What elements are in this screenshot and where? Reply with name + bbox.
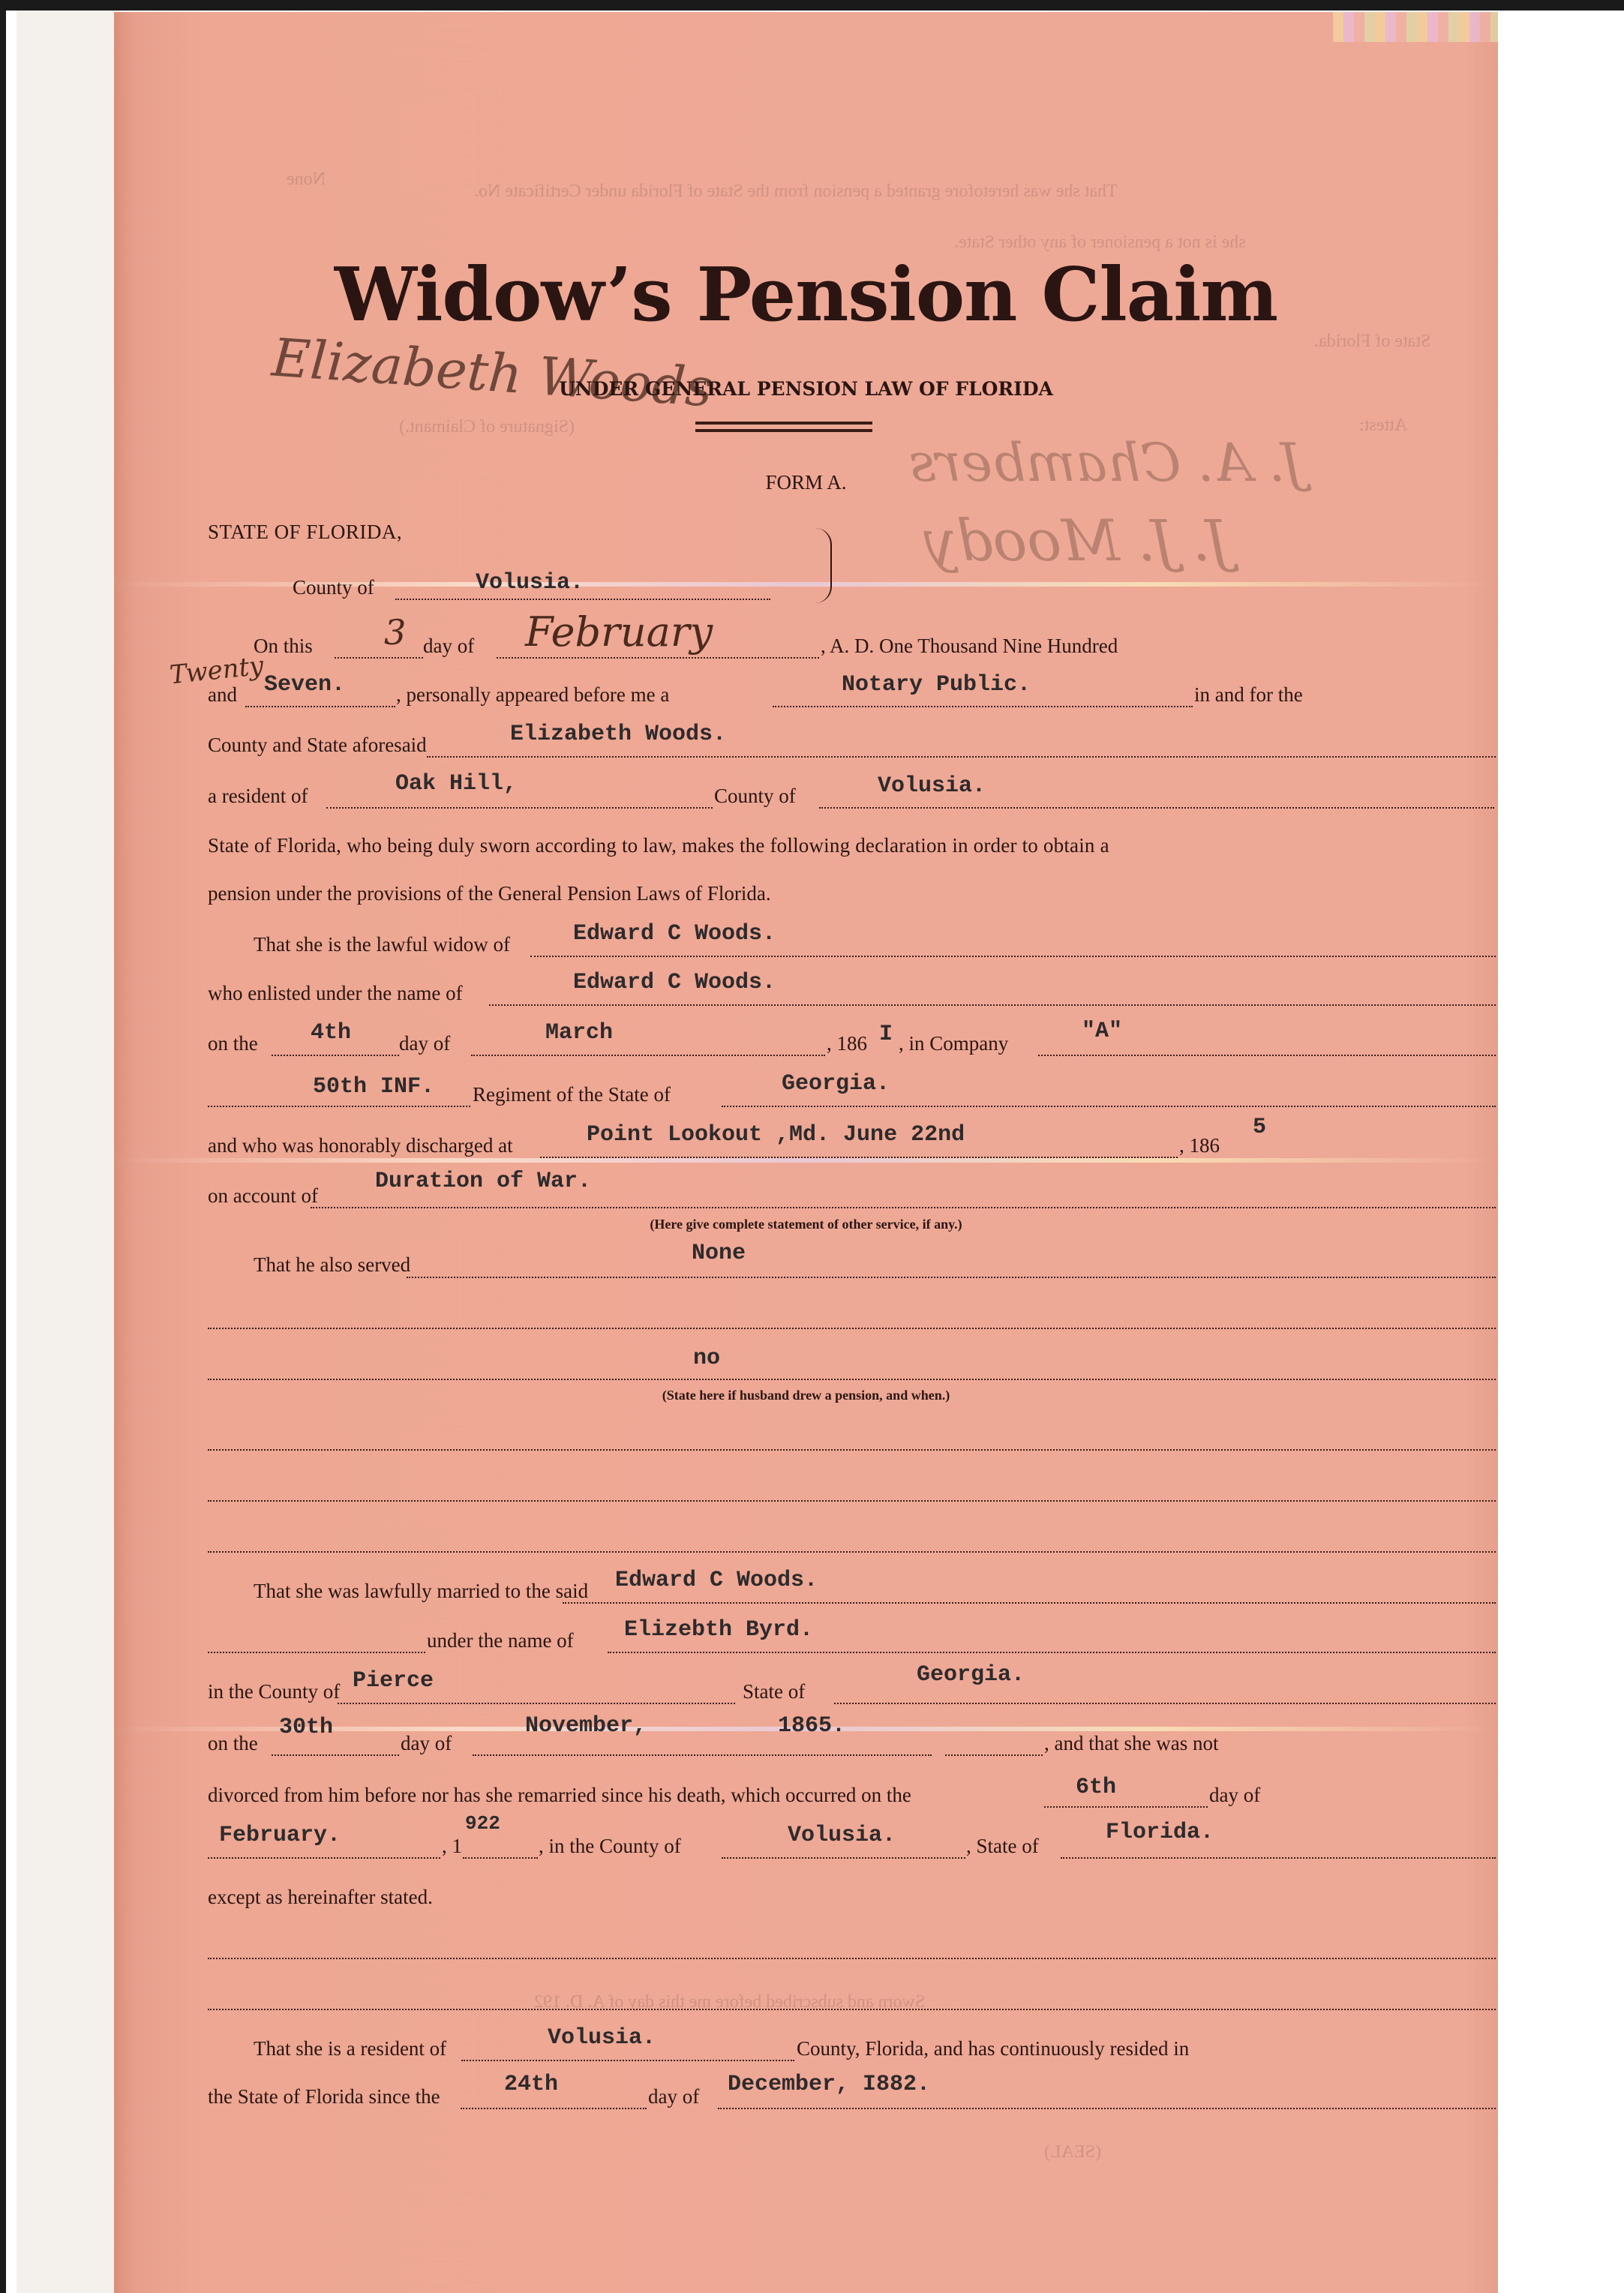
- label-enlisted: who enlisted under the name of: [208, 982, 463, 1005]
- field-underline: [530, 956, 1496, 957]
- claimant-signature: Elizabeth Woods: [270, 327, 715, 419]
- pension-form-page: That she was heretofore granted a pensio…: [114, 12, 1498, 2293]
- field-underline: [208, 1857, 440, 1859]
- bleed-through-text: That she was heretofore granted a pensio…: [474, 182, 1118, 202]
- month-field[interactable]: February: [525, 608, 713, 656]
- document-title: Widow’s Pension Claim: [114, 252, 1498, 338]
- field-underline: [407, 1277, 1496, 1278]
- husband-pension-field[interactable]: no: [693, 1346, 720, 1371]
- death-year-field[interactable]: 922: [465, 1812, 500, 1835]
- field-underline: [461, 2060, 794, 2061]
- marriage-month-field[interactable]: November,: [525, 1713, 647, 1739]
- residence-county-field[interactable]: Volusia.: [878, 773, 986, 799]
- label-death-county: , in the County of: [539, 1835, 681, 1858]
- label-marriage-state: State of: [743, 1680, 805, 1703]
- death-month-field[interactable]: February.: [219, 1823, 341, 1848]
- day-field[interactable]: 3: [384, 612, 406, 653]
- field-underline: [272, 1754, 399, 1756]
- label-not-divorced: , and that she was not: [1044, 1732, 1218, 1755]
- marriage-county-field[interactable]: Pierce: [353, 1668, 434, 1694]
- witness-signature: J. J. Moody: [924, 507, 1229, 574]
- enlist-year-field[interactable]: I: [879, 1022, 893, 1047]
- label-on-this: On this: [254, 635, 313, 658]
- scanner-top-border: [0, 0, 1624, 11]
- field-underline: [473, 1754, 932, 1756]
- enlisted-name-field[interactable]: Edward C Woods.: [573, 970, 776, 995]
- residence-since-date-field[interactable]: December, I882.: [728, 2072, 930, 2097]
- field-underline: [773, 706, 1193, 707]
- label-married: That she was lawfully married to the sai…: [254, 1580, 588, 1603]
- discharge-reason-field[interactable]: Duration of War.: [375, 1169, 591, 1194]
- field-underline: [208, 1106, 470, 1107]
- label-residence: That she is a resident of: [254, 2037, 446, 2060]
- other-service-note: (Here give complete statement of other s…: [114, 1217, 1498, 1232]
- label-year-19: , 1: [442, 1835, 462, 1858]
- field-underline: [461, 2108, 647, 2109]
- label-resident: a resident of: [208, 785, 308, 808]
- field-underline: [540, 1157, 1178, 1158]
- label-county-state: County and State aforesaid: [208, 734, 427, 757]
- husband-name-field[interactable]: Edward C Woods.: [573, 921, 776, 947]
- maiden-name-field[interactable]: Elizebth Byrd.: [624, 1617, 813, 1643]
- label-company: , in Company: [899, 1032, 1008, 1055]
- field-underline: [427, 756, 1496, 758]
- label-appeared: , personally appeared before me a: [396, 683, 669, 707]
- marriage-state-field[interactable]: Georgia.: [917, 1662, 1025, 1688]
- field-underline: [208, 1500, 1496, 1502]
- except-statement: except as hereinafter stated.: [208, 1886, 433, 1909]
- claimant-name-field[interactable]: Elizabeth Woods.: [510, 722, 726, 747]
- regiment-field[interactable]: 50th INF.: [313, 1074, 434, 1100]
- scan-glare: [1333, 12, 1498, 42]
- field-underline: [463, 1857, 538, 1859]
- death-state-field[interactable]: Florida.: [1106, 1820, 1214, 1845]
- label-ad: , A. D. One Thousand Nine Hundred: [821, 635, 1118, 658]
- field-underline: [208, 1379, 1496, 1380]
- label-day-of: day of: [399, 1032, 450, 1055]
- venue-county-field[interactable]: Volusia.: [476, 570, 584, 596]
- declaration-text: pension under the provisions of the Gene…: [208, 882, 771, 905]
- year-field[interactable]: Seven.: [264, 672, 345, 698]
- label-maiden-name: under the name of: [427, 1629, 574, 1652]
- label-day-of: day of: [401, 1732, 452, 1755]
- double-rule: [695, 422, 872, 425]
- residence-field[interactable]: Oak Hill,: [395, 771, 517, 797]
- label-day-of: day of: [423, 635, 474, 658]
- label-and: and: [208, 683, 237, 707]
- bleed-through-text: Attest:: [1359, 416, 1407, 436]
- field-underline: [208, 1652, 425, 1653]
- field-underline: [722, 1857, 965, 1859]
- residence-county-florida-field[interactable]: Volusia.: [548, 2025, 656, 2051]
- field-underline: [489, 1004, 1496, 1006]
- regiment-state-field[interactable]: Georgia.: [782, 1071, 890, 1097]
- field-underline: [395, 599, 770, 600]
- venue-brace: [815, 528, 832, 603]
- field-underline: [208, 2009, 1496, 2010]
- field-underline: [1061, 1857, 1496, 1859]
- field-underline: [208, 1449, 1496, 1451]
- label-death-state: , State of: [966, 1835, 1039, 1858]
- field-underline: [335, 657, 423, 659]
- document-subtitle: UNDER GENERAL PENSION LAW OF FLORIDA: [114, 378, 1498, 400]
- label-year-186: , 186: [827, 1032, 867, 1055]
- field-underline: [338, 1703, 735, 1704]
- officer-field[interactable]: Notary Public.: [842, 672, 1031, 698]
- label-day-of: day of: [648, 2085, 699, 2108]
- label-on-the: on the: [208, 1732, 258, 1755]
- label-on-the: on the: [208, 1032, 258, 1055]
- field-underline: [311, 1207, 1496, 1208]
- bleed-through-text: (SEAL): [1044, 2142, 1101, 2162]
- label-continuous-residence: County, Florida, and has continuously re…: [797, 2037, 1189, 2060]
- label-widow-of: That she is the lawful widow of: [254, 933, 510, 956]
- label-in-and-for: in and for the: [1194, 683, 1303, 707]
- divorce-statement: divorced from him before nor has she rem…: [208, 1784, 911, 1807]
- field-underline: [272, 1055, 399, 1056]
- field-underline: [208, 1328, 1496, 1329]
- also-served-field[interactable]: None: [692, 1241, 746, 1266]
- label-day-of: day of: [1209, 1784, 1260, 1807]
- discharge-year-field[interactable]: 5: [1253, 1115, 1266, 1140]
- bleed-through-text: (Signature of Claimant.): [399, 417, 575, 437]
- state-label: STATE OF FLORIDA,: [208, 521, 402, 544]
- label-county-of: County of: [714, 785, 796, 808]
- label-regiment: Regiment of the State of: [473, 1083, 671, 1106]
- scanner-left-border: [0, 11, 6, 2293]
- county-label: County of: [293, 576, 374, 599]
- enlist-day-field[interactable]: 4th: [311, 1020, 351, 1046]
- spouse-name-field[interactable]: Edward C Woods.: [615, 1568, 818, 1593]
- backing-sheet: [17, 11, 122, 2293]
- discharge-field[interactable]: Point Lookout ,Md. June 22nd: [587, 1122, 965, 1148]
- enlist-month-field[interactable]: March: [545, 1020, 613, 1046]
- bleed-through-text: None: [287, 170, 326, 190]
- field-underline: [1038, 1055, 1496, 1056]
- pension-note: (State here if husband drew a pension, a…: [114, 1388, 1498, 1403]
- field-underline: [608, 1652, 1496, 1653]
- field-underline: [722, 1106, 1496, 1107]
- field-underline: [471, 1055, 825, 1056]
- residence-since-day-field[interactable]: 24th: [504, 2072, 558, 2097]
- field-underline: [945, 1754, 1043, 1756]
- declaration-text: State of Florida, who being duly sworn a…: [208, 834, 1109, 857]
- field-underline: [245, 706, 395, 707]
- label-also-served: That he also served: [254, 1253, 410, 1277]
- field-underline: [718, 2108, 1496, 2109]
- double-rule: [695, 429, 872, 432]
- fold-crease: [114, 1158, 1498, 1163]
- label-marriage-county: in the County of: [208, 1680, 340, 1703]
- field-underline: [208, 1551, 1496, 1553]
- field-underline: [1044, 1806, 1208, 1808]
- death-county-field[interactable]: Volusia.: [788, 1823, 896, 1848]
- label-since: the State of Florida since the: [208, 2085, 440, 2108]
- company-field[interactable]: "A": [1082, 1019, 1122, 1044]
- field-underline: [563, 1602, 1496, 1604]
- label-account: on account of: [208, 1184, 318, 1208]
- death-day-field[interactable]: 6th: [1076, 1775, 1116, 1800]
- marriage-year-field[interactable]: 1865.: [778, 1713, 845, 1739]
- field-underline: [497, 657, 819, 659]
- bleed-through-text: she is not a pensioner of any other Stat…: [954, 233, 1246, 253]
- field-underline: [208, 1958, 1496, 1959]
- label-year-186: , 186: [1179, 1134, 1220, 1157]
- label-discharged: and who was honorably discharged at: [208, 1134, 513, 1157]
- marriage-day-field[interactable]: 30th: [279, 1715, 333, 1740]
- field-underline: [819, 807, 1494, 809]
- witness-signature: J. A. Chambers: [909, 432, 1303, 494]
- field-underline: [834, 1703, 1496, 1704]
- field-underline: [326, 807, 713, 809]
